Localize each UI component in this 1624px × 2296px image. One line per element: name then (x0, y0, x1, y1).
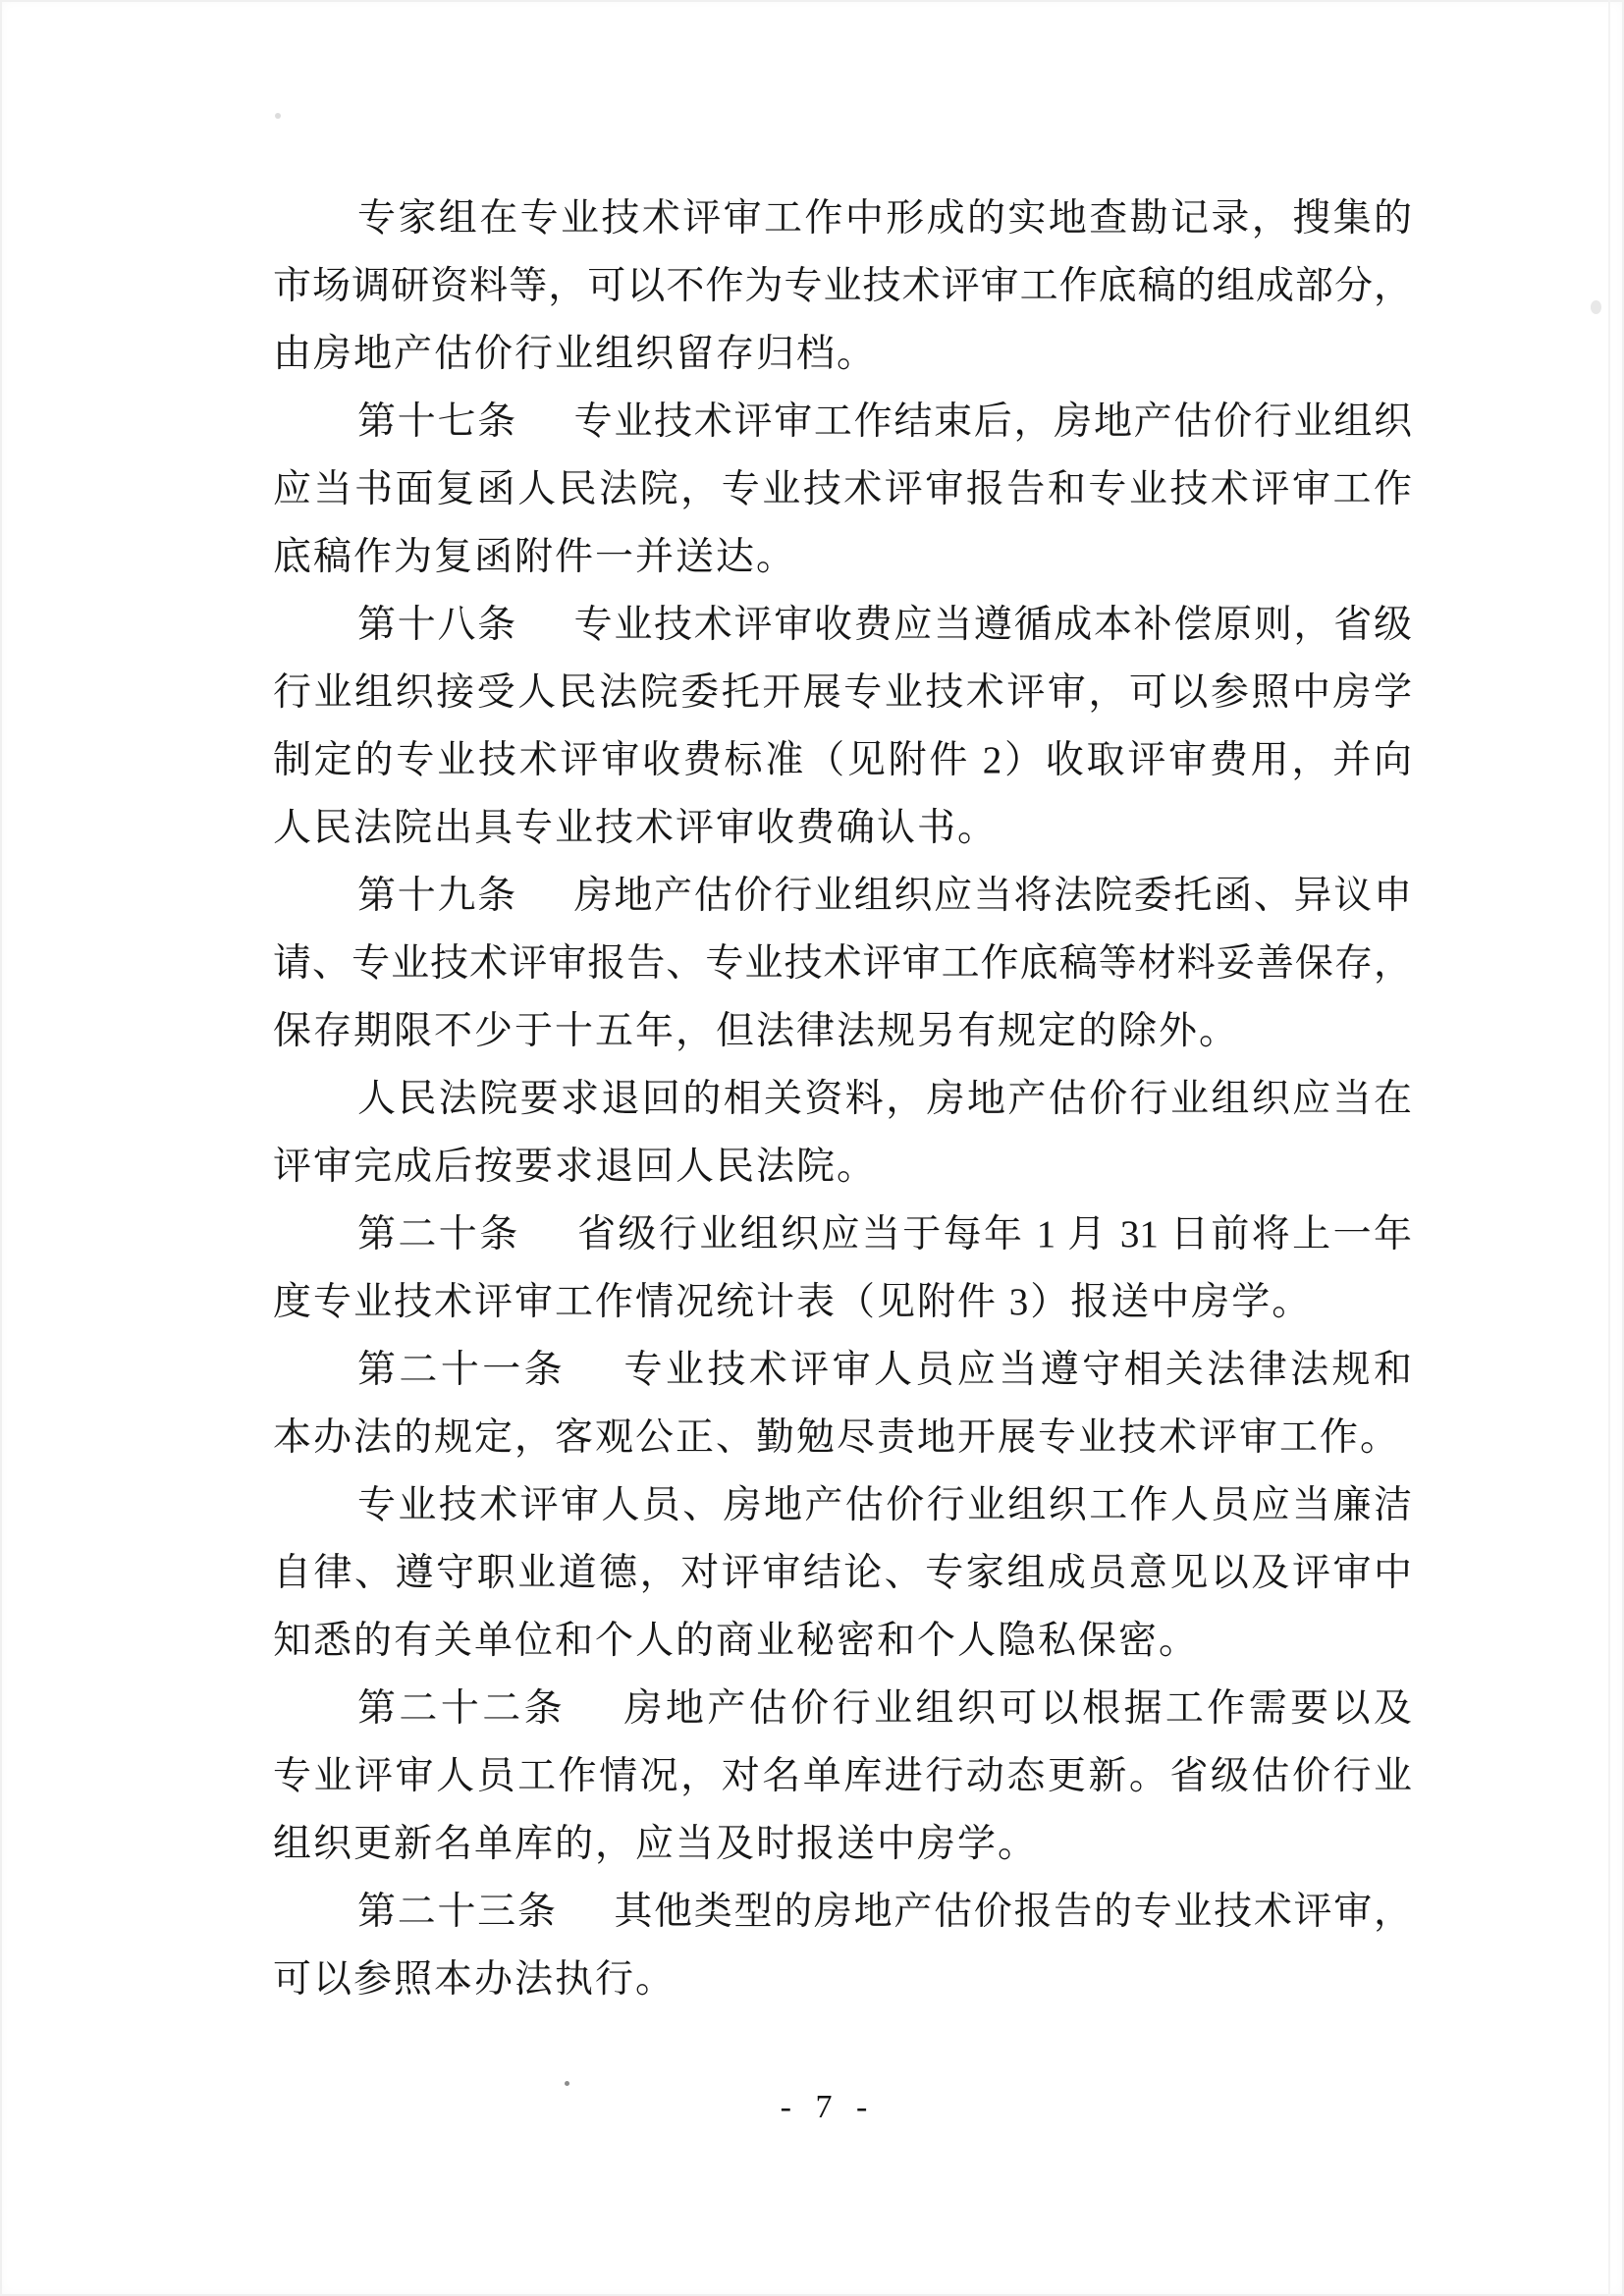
line-text: 应当书面复函人民法院，专业技术评审报告和专业技术评审工作 (273, 468, 1412, 510)
line-text: 本办法的规定，客观公正、勤勉尽责地开展专业技术评审工作。 (273, 1416, 1400, 1459)
scan-edge (1608, 0, 1610, 2296)
text-line: 市场调研资料等，可以不作为专业技术评审工作底稿的组成部分， (273, 252, 1412, 320)
document-page: 专家组在专业技术评审工作中形成的实地查勘记录，搜集的市场调研资料等，可以不作为专… (0, 0, 1624, 2296)
article-number: 第十八条 (357, 604, 517, 646)
article-line: 第二十一条专业技术评审人员应当遵守相关法律法规和 (273, 1336, 1412, 1404)
text-line: 制定的专业技术评审收费标准（见附件 2）收取评审费用，并向 (273, 726, 1412, 794)
text-line: 专业评审人员工作情况，对名单库进行动态更新。省级估价行业 (273, 1742, 1412, 1810)
article-number: 第二十一条 (357, 1349, 566, 1391)
text-line: 可以参照本办法执行。 (273, 1946, 1412, 2013)
text-line: 人民法院出具专业技术评审收费确认书。 (273, 794, 1412, 862)
text-line: 由房地产估价行业组织留存归档。 (273, 320, 1412, 388)
line-text: 专业技术评审收费应当遵循成本补偿原则，省级 (572, 604, 1412, 646)
text-line: 请、专业技术评审报告、专业技术评审工作底稿等材料妥善保存， (273, 930, 1412, 997)
scan-artifact-dot (275, 113, 281, 119)
text-line: 组织更新名单库的，应当及时报送中房学。 (273, 1810, 1412, 1878)
article-number: 第二十条 (357, 1213, 520, 1255)
text-line: 度专业技术评审工作情况统计表（见附件 3）报送中房学。 (273, 1268, 1412, 1336)
line-text: 专业技术评审人员应当遵守相关法律法规和 (621, 1349, 1412, 1391)
article-line: 第十七条专业技术评审工作结束后，房地产估价行业组织 (273, 388, 1412, 455)
line-text: 底稿作为复函附件一并送达。 (273, 536, 796, 578)
text-line: 专家组在专业技术评审工作中形成的实地查勘记录，搜集的 (273, 185, 1412, 252)
text-line: 专业技术评审人员、房地产估价行业组织工作人员应当廉洁 (273, 1471, 1412, 1539)
page-number: - 7 - (746, 2085, 903, 2130)
text-line: 人民法院要求退回的相关资料，房地产估价行业组织应当在 (273, 1065, 1412, 1133)
line-text: 知悉的有关单位和个人的商业秘密和个人隐私保密。 (273, 1620, 1199, 1662)
line-text: 房地产估价行业组织可以根据工作需要以及 (621, 1687, 1412, 1730)
scan-artifact-smudge (1591, 300, 1601, 314)
text-line: 知悉的有关单位和个人的商业秘密和个人隐私保密。 (273, 1607, 1412, 1675)
article-line: 第二十二条房地产估价行业组织可以根据工作需要以及 (273, 1675, 1412, 1742)
line-text: 人民法院要求退回的相关资料，房地产估价行业组织应当在 (357, 1078, 1412, 1120)
line-text: 由房地产估价行业组织留存归档。 (273, 333, 877, 375)
line-text: 组织更新名单库的，应当及时报送中房学。 (273, 1823, 1038, 1865)
text-line: 行业组织接受人民法院委托开展专业技术评审，可以参照中房学 (273, 659, 1412, 726)
line-text: 保存期限不少于十五年，但法律法规另有规定的除外。 (273, 1010, 1239, 1052)
text-line: 应当书面复函人民法院，专业技术评审报告和专业技术评审工作 (273, 455, 1412, 523)
line-text: 可以参照本办法执行。 (273, 1958, 676, 2001)
line-text: 自律、遵守职业道德，对评审结论、专家组成员意见以及评审中 (273, 1552, 1412, 1594)
line-text: 行业组织接受人民法院委托开展专业技术评审，可以参照中房学 (273, 671, 1412, 714)
line-text: 房地产估价行业组织应当将法院委托函、异议申 (572, 875, 1412, 917)
article-line: 第十八条专业技术评审收费应当遵循成本补偿原则，省级 (273, 591, 1412, 659)
article-line: 第十九条房地产估价行业组织应当将法院委托函、异议申 (273, 862, 1412, 930)
text-line: 评审完成后按要求退回人民法院。 (273, 1133, 1412, 1201)
line-text: 度专业技术评审工作情况统计表（见附件 3）报送中房学。 (273, 1281, 1312, 1323)
line-text: 专业评审人员工作情况，对名单库进行动态更新。省级估价行业 (273, 1755, 1412, 1797)
line-text: 其他类型的房地产估价报告的专业技术评审， (613, 1891, 1412, 1933)
document-text-block: 专家组在专业技术评审工作中形成的实地查勘记录，搜集的市场调研资料等，可以不作为专… (273, 185, 1412, 2013)
article-number: 第二十二条 (357, 1687, 566, 1730)
article-line: 第二十三条其他类型的房地产估价报告的专业技术评审， (273, 1878, 1412, 1946)
scan-artifact-dot (565, 2081, 569, 2086)
article-line: 第二十条省级行业组织应当于每年 1 月 31 日前将上一年 (273, 1201, 1412, 1268)
line-text: 市场调研资料等，可以不作为专业技术评审工作底稿的组成部分， (273, 265, 1412, 307)
line-text: 专家组在专业技术评审工作中形成的实地查勘记录，搜集的 (357, 197, 1412, 240)
line-text: 专业技术评审人员、房地产估价行业组织工作人员应当廉洁 (357, 1484, 1412, 1526)
line-text: 评审完成后按要求退回人民法院。 (273, 1146, 877, 1188)
text-line: 保存期限不少于十五年，但法律法规另有规定的除外。 (273, 997, 1412, 1065)
text-line: 底稿作为复函附件一并送达。 (273, 523, 1412, 591)
line-text: 制定的专业技术评审收费标准（见附件 2）收取评审费用，并向 (273, 739, 1412, 781)
article-number: 第十七条 (357, 400, 517, 443)
line-text: 省级行业组织应当于每年 1 月 31 日前将上一年 (575, 1213, 1412, 1255)
text-line: 本办法的规定，客观公正、勤勉尽责地开展专业技术评审工作。 (273, 1404, 1412, 1471)
line-text: 人民法院出具专业技术评审收费确认书。 (273, 807, 998, 849)
line-text: 专业技术评审工作结束后，房地产估价行业组织 (572, 400, 1412, 443)
article-number: 第十九条 (357, 875, 517, 917)
text-line: 自律、遵守职业道德，对评审结论、专家组成员意见以及评审中 (273, 1539, 1412, 1607)
line-text: 请、专业技术评审报告、专业技术评审工作底稿等材料妥善保存， (273, 942, 1412, 985)
article-number: 第二十三条 (357, 1891, 558, 1933)
